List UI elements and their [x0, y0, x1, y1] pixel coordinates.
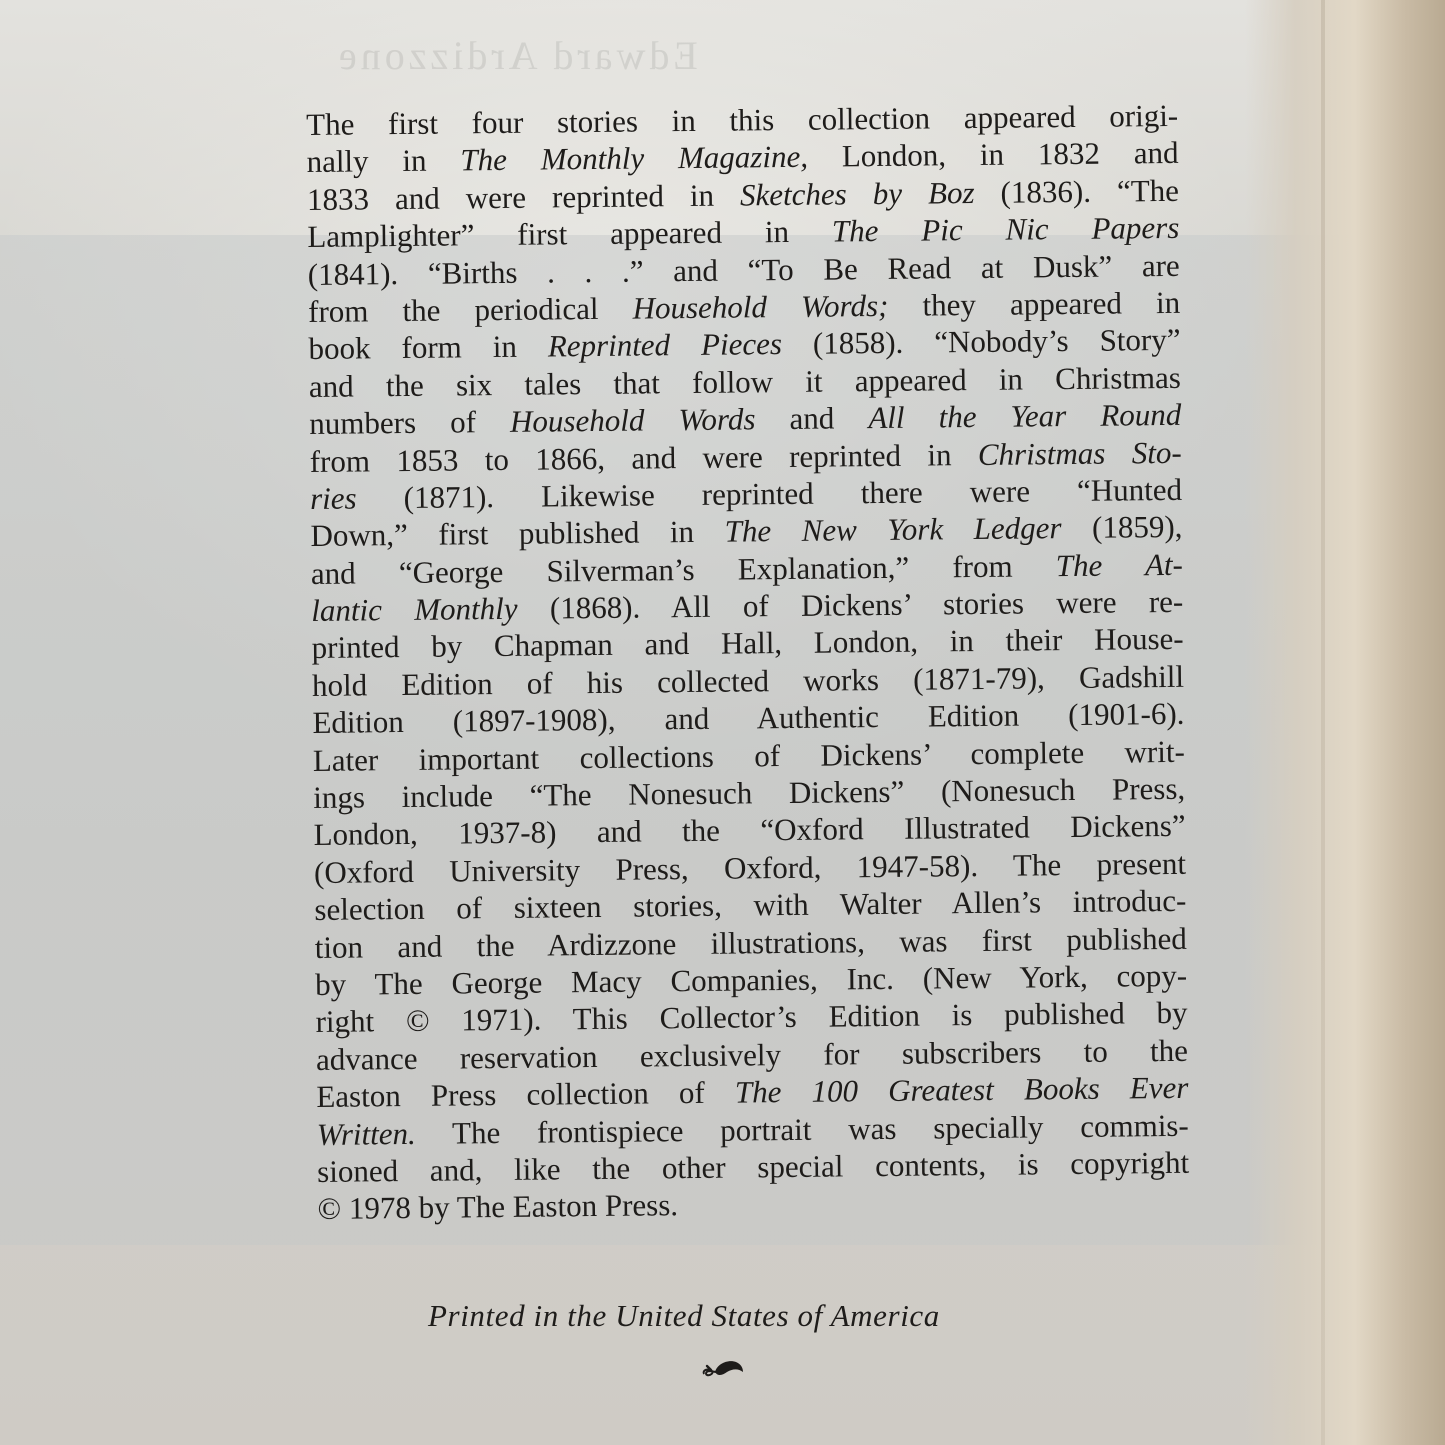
text-run: they appeared in — [888, 285, 1180, 323]
colophon-paragraph: The first four stories in this collectio… — [306, 97, 1190, 1228]
italic-title: The Monthly Magazine, — [460, 139, 808, 178]
text-run: 1833 and were reprinted in — [307, 177, 740, 217]
italic-title: Reprinted Pieces — [548, 326, 782, 363]
text-run: London, in 1832 and — [808, 135, 1179, 174]
text-run: © 1978 by The Easton Press. — [317, 1187, 678, 1226]
text-run: from the periodical — [308, 291, 633, 329]
text-run: (1868). All of Dickens’ stories were re- — [517, 584, 1183, 626]
text-run: (1836). “The — [974, 173, 1179, 210]
text-run: (1859), — [1061, 509, 1182, 545]
italic-title: Household Words — [510, 401, 756, 439]
italic-title: lantic Monthly — [311, 591, 518, 628]
fleuron-leaf-icon — [700, 1356, 746, 1382]
italic-title: All the Year Round — [868, 397, 1181, 435]
text-run: nally in — [306, 143, 460, 180]
text-run: and — [755, 400, 868, 436]
italic-title: Christmas Sto- — [978, 434, 1182, 471]
show-through-heading: Edward Ardizzone — [335, 32, 698, 79]
text-run: The frontispiece portrait was specially … — [416, 1107, 1189, 1150]
italic-title: Household Words; — [632, 288, 888, 326]
italic-title: Sketches by Boz — [740, 175, 975, 212]
text-run: numbers of — [309, 404, 510, 441]
text-run: Down,” first published in — [310, 514, 725, 553]
italic-title: The New York Ledger — [724, 510, 1061, 549]
text-run: Lamplighter” first appeared in — [307, 214, 832, 254]
text-run: from 1853 to 1866, and were reprinted in — [310, 437, 979, 479]
italic-title: Written. — [317, 1115, 416, 1151]
printed-in-imprint: Printed in the United States of America — [428, 1298, 1048, 1334]
text-run: (1858). “Nobody’s Story” — [782, 322, 1181, 361]
italic-title: The 100 Greatest Books Ever — [735, 1070, 1189, 1110]
italic-title: ries — [310, 480, 357, 515]
italic-title: The Pic Nic Papers — [832, 210, 1180, 249]
text-run: book form in — [308, 329, 548, 367]
text-run: Easton Press collection of — [316, 1075, 735, 1114]
text-run: and “George Silverman’s Explanation,” fr… — [311, 548, 1056, 591]
italic-title: The At- — [1056, 547, 1183, 583]
